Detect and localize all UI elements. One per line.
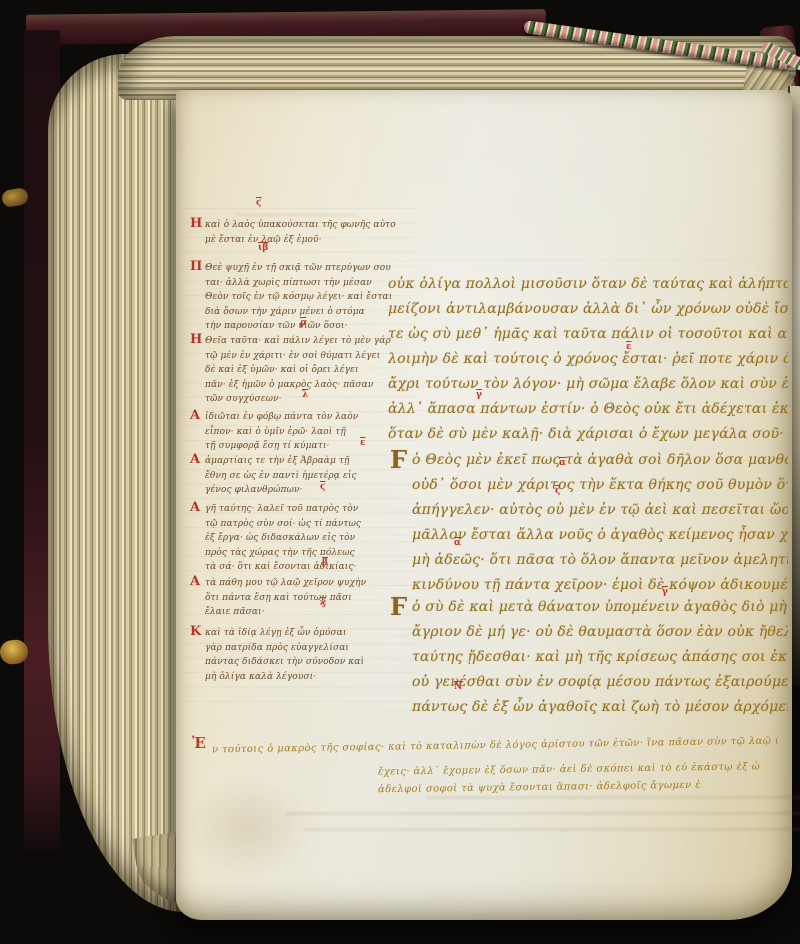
rubric-number-mark: ϛ [320, 482, 325, 492]
rubric-number-mark: Ν [454, 682, 462, 692]
rubric-number-mark: ιβ [258, 243, 268, 253]
rubric-number-mark: γ [662, 587, 668, 597]
rubric-number-mark: β [322, 558, 328, 568]
rubric-number-mark: α [559, 458, 566, 468]
rubric-number-mark: γ [476, 390, 482, 400]
rubric-number-mark: α [454, 538, 461, 548]
rubric-number-mark: ϛ [555, 486, 560, 496]
rubric-number-mark: ϗ [320, 598, 326, 608]
rubric-number-mark: ϛ [256, 198, 261, 208]
rubric-number-mark: ρ [300, 318, 306, 328]
manuscript-page: Η καὶ ὁ λαὸς ὑπακούσεται τῆς φωνῆς αὐτοῦ… [176, 90, 792, 920]
showthrough-line [286, 812, 800, 815]
rubric-number-mark: λ [302, 390, 308, 400]
footer-rubric-initial: Ἐ [192, 734, 206, 752]
showthrough-line [236, 214, 356, 216]
showthrough-line [304, 828, 800, 831]
leaf-stack-fore-edge [48, 54, 184, 912]
showthrough-line [426, 796, 800, 799]
rubric-number-mark: ε [360, 438, 365, 448]
manuscript-photo-scene: Η καὶ ὁ λαὸς ὑπακούσεται τῆς φωνῆς αὐτοῦ… [0, 0, 800, 944]
rubric-number-mark: ε [626, 342, 631, 352]
